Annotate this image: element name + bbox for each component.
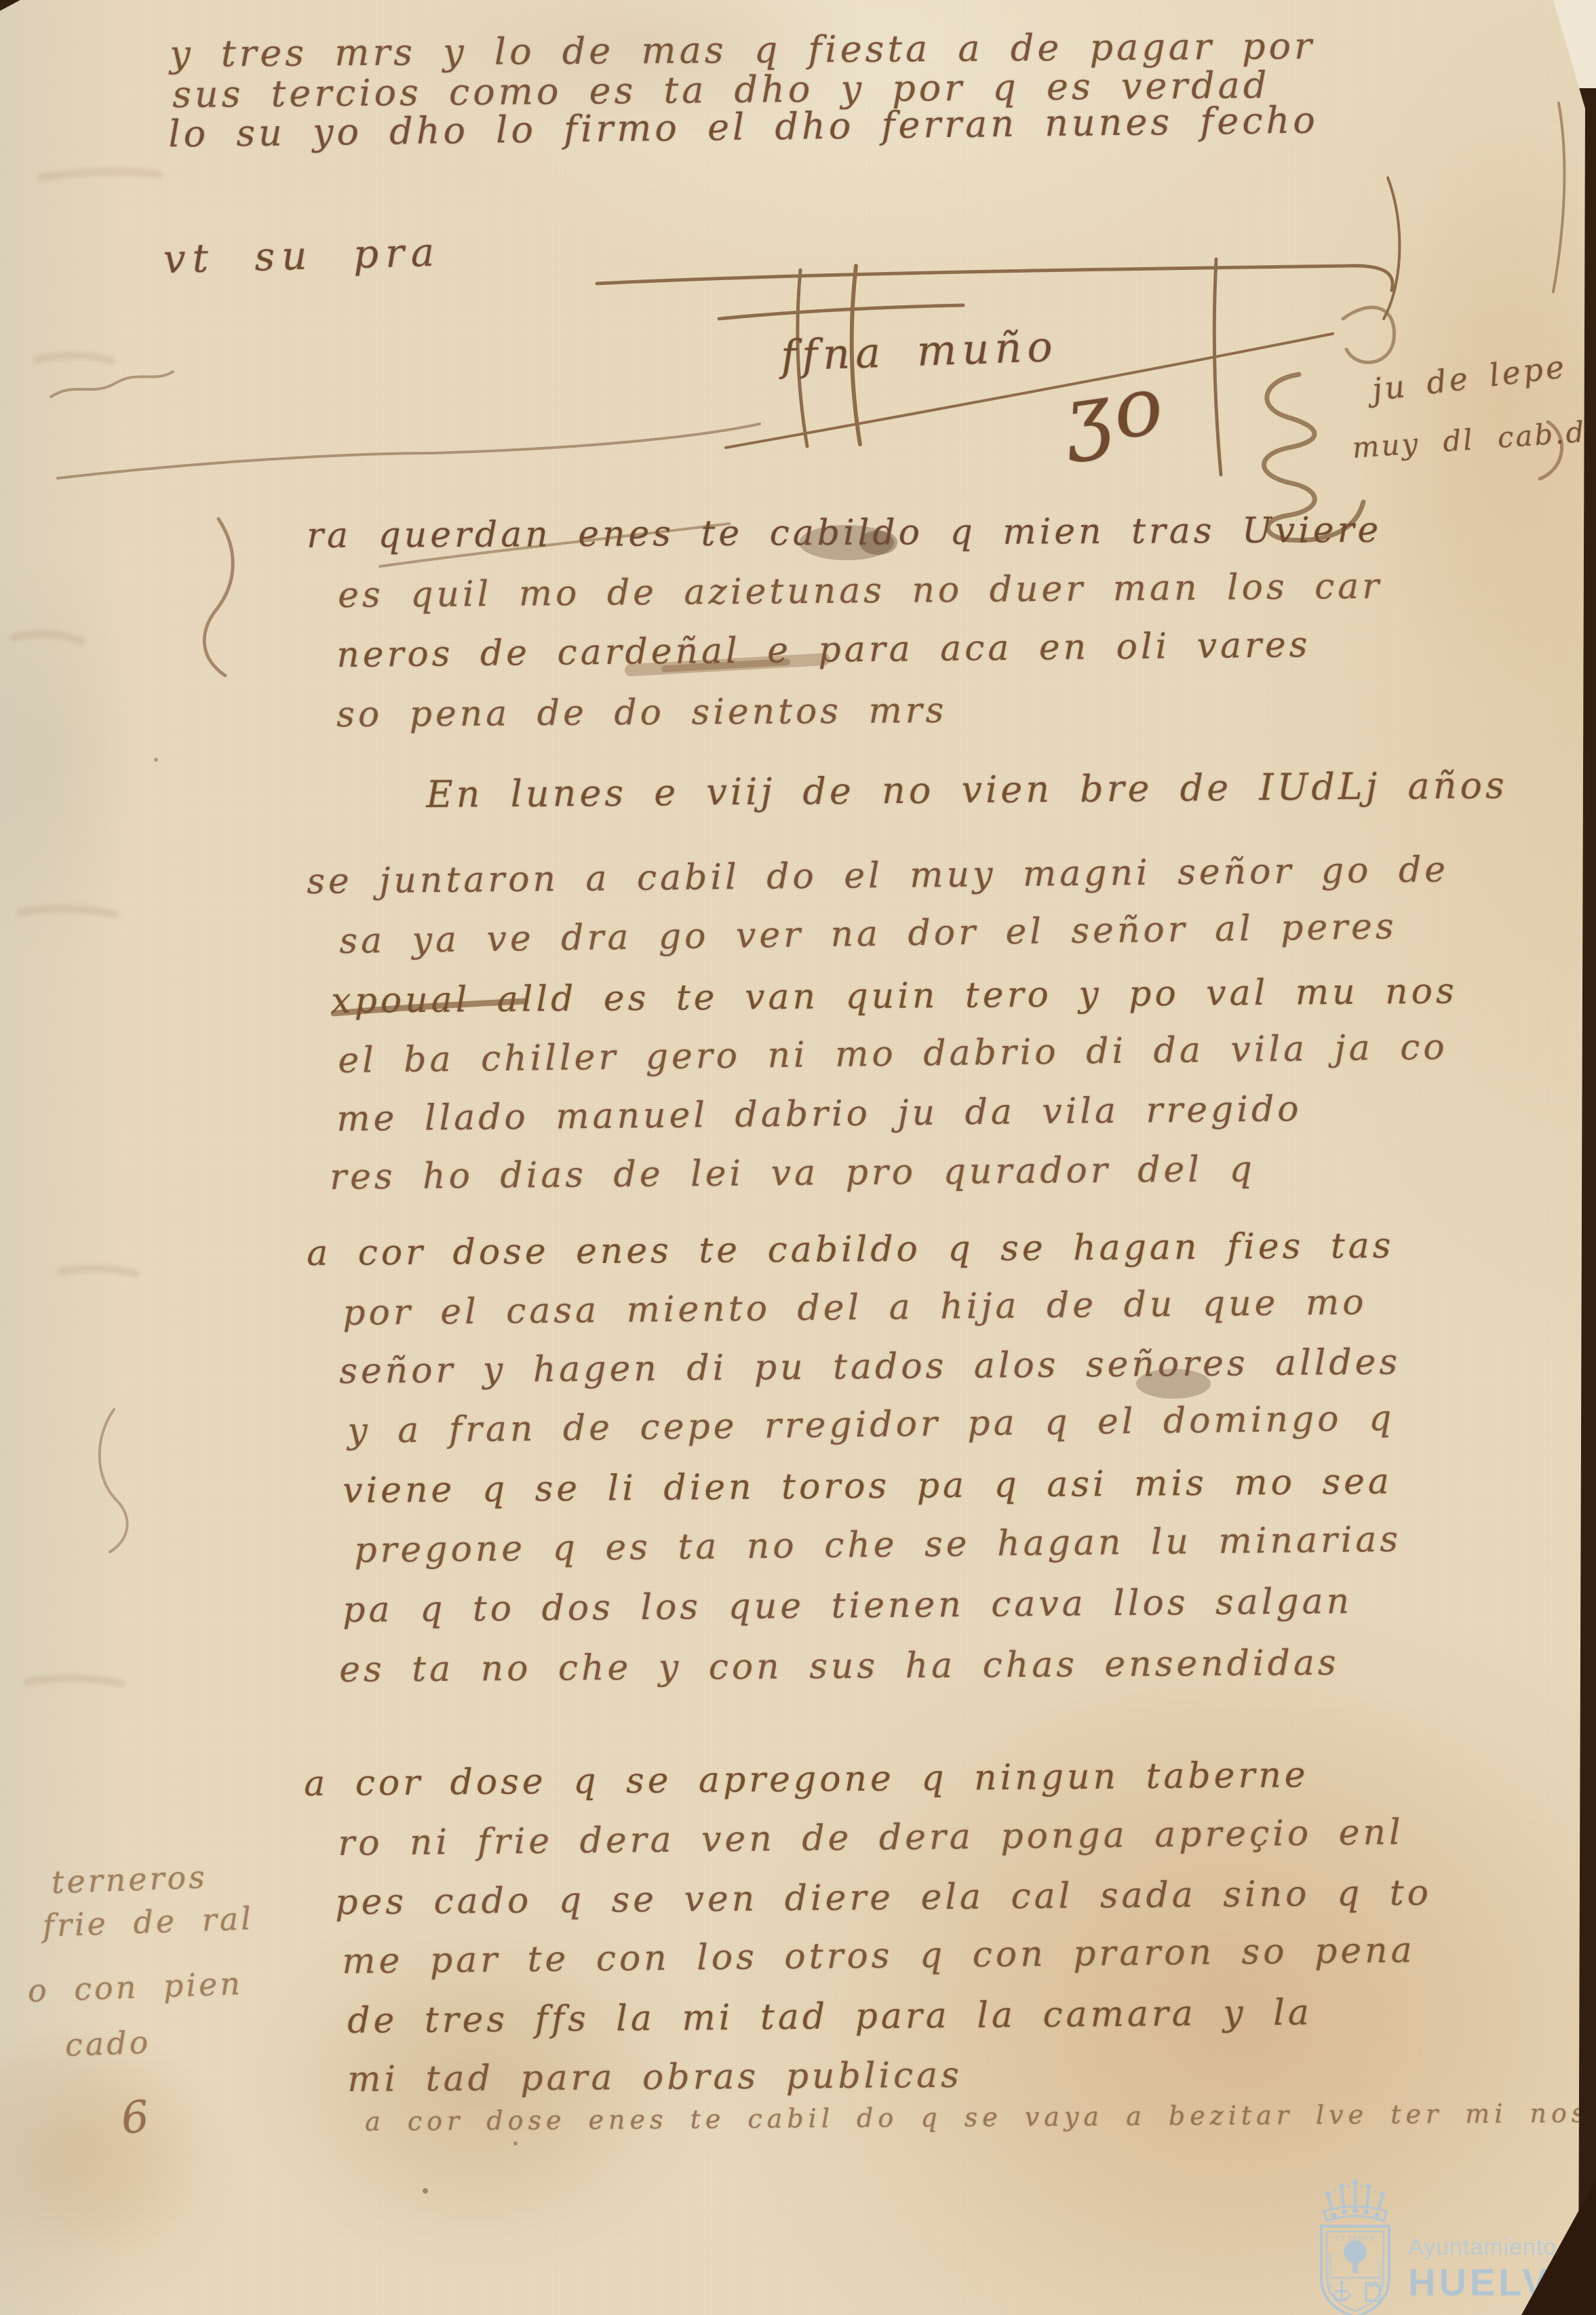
crest-motto-top: ET TERRA bbox=[1336, 2235, 1374, 2242]
signature-name: muy dl cab.do bbox=[1351, 414, 1596, 465]
margin-note-line: cado bbox=[64, 2024, 151, 2063]
manuscript-line: ra querdan enes te cabildo q mien tras U… bbox=[307, 510, 1382, 556]
manuscript-line: pa q to dos los que tienen cava llos sal… bbox=[343, 1581, 1352, 1631]
ink-speck bbox=[154, 758, 158, 762]
manuscript-line: se juntaron a cabil do el muy magni seño… bbox=[307, 849, 1449, 902]
paper-stain bbox=[1357, 102, 1596, 712]
session-date-line: En lunes e viij de no vien bre de IUdLj … bbox=[426, 764, 1508, 816]
ink-speck bbox=[423, 2188, 428, 2194]
manuscript-line: xpoual alld es te van quin tero y po val… bbox=[331, 971, 1458, 1022]
manuscript-line: me par te con los otros q con praron so … bbox=[342, 1930, 1416, 1982]
huelva-crest-icon: ET TERRA PORTUS MARIS CUSTODIA bbox=[1308, 2176, 1403, 2315]
manuscript-line: sa ya ve dra go ver na dor el señor al p… bbox=[339, 906, 1397, 962]
margin-note-line: o con pien bbox=[27, 1965, 244, 2009]
signature-rubric bbox=[1214, 259, 1221, 475]
manuscript-line: res ho dias de lei va pro qurador del q bbox=[330, 1149, 1256, 1198]
manuscript-line: pregone q es ta no che se hagan lu minar… bbox=[354, 1519, 1401, 1571]
ink-flourish bbox=[1553, 103, 1564, 292]
manuscript-line: es quil mo de azietunas no duer man los … bbox=[338, 566, 1382, 616]
signature-rubric bbox=[719, 305, 963, 319]
margin-note-line: frie de ral bbox=[42, 1900, 254, 1944]
margin-note-line: terneros bbox=[51, 1859, 208, 1901]
manuscript-line: a cor dose q se apregone q ningun tabern… bbox=[304, 1755, 1309, 1804]
manuscript-line: por el casa miento del a hija de du que … bbox=[343, 1282, 1367, 1334]
verso-show-through bbox=[14, 172, 159, 1684]
manuscript-line: a cor dose enes te cabildo q se hagan fi… bbox=[307, 1226, 1395, 1274]
manuscript-line: me llado manuel dabrio ju da vila rregid… bbox=[336, 1089, 1302, 1140]
ink-flourish bbox=[1384, 178, 1399, 319]
manuscript-line: neros de cardeñal e para aca en oli vare… bbox=[336, 625, 1311, 676]
signature-rubric bbox=[1343, 307, 1394, 362]
folio-number: 6 bbox=[119, 2091, 155, 2144]
signature-name: ju de lepe bbox=[1370, 348, 1569, 408]
paper-stain bbox=[0, 556, 149, 963]
manuscript-line: ro ni frie dera ven de dera ponga apreçi… bbox=[338, 1812, 1404, 1864]
manuscript-page: y tres mrs y lo de mas q fiesta a de pag… bbox=[0, 0, 1596, 2315]
crest-motto-right: CUSTODIA bbox=[1377, 2259, 1383, 2288]
manuscript-line: mi tad para obras publicas bbox=[347, 2055, 962, 2100]
ink-speck bbox=[513, 2141, 518, 2145]
manuscript-line: y a fran de cepe rregidor pa q el doming… bbox=[347, 1398, 1395, 1452]
signature-rubric bbox=[51, 372, 173, 397]
margin-flourish bbox=[204, 519, 233, 676]
manuscript-line: so pena de do sientos mrs bbox=[336, 690, 948, 735]
manuscript-line: es ta no che y con sus ha chas ensendida… bbox=[339, 1643, 1340, 1690]
manuscript-line: a cor dose enes te cabil do q se vaya a … bbox=[365, 2098, 1589, 2137]
manuscript-line: pes cado q se ven diere ela cal sada sin… bbox=[335, 1873, 1432, 1923]
manuscript-line: vt su pra bbox=[163, 229, 442, 282]
manuscript-line: señor y hagen di pu tados alos señores a… bbox=[339, 1342, 1401, 1392]
manuscript-scan: { "ms": { "opening": [ "y tres mrs y lo … bbox=[0, 0, 1596, 2315]
signature-rubric bbox=[58, 424, 760, 478]
margin-flourish bbox=[100, 1409, 128, 1552]
manuscript-line: el ba chiller gero ni mo dabrio di da vi… bbox=[338, 1027, 1448, 1081]
signature-paraph: ʒo bbox=[1058, 357, 1172, 465]
signature-name: ffna muño bbox=[780, 322, 1059, 381]
crest-motto-left: PORTUS MARIS bbox=[1327, 2253, 1334, 2295]
manuscript-line: viene q se li dien toros pa q asi mis mo… bbox=[343, 1461, 1393, 1511]
ink-rule-line bbox=[597, 266, 1393, 290]
manuscript-line: de tres ffs la mi tad para la camara y l… bbox=[347, 1993, 1312, 2042]
